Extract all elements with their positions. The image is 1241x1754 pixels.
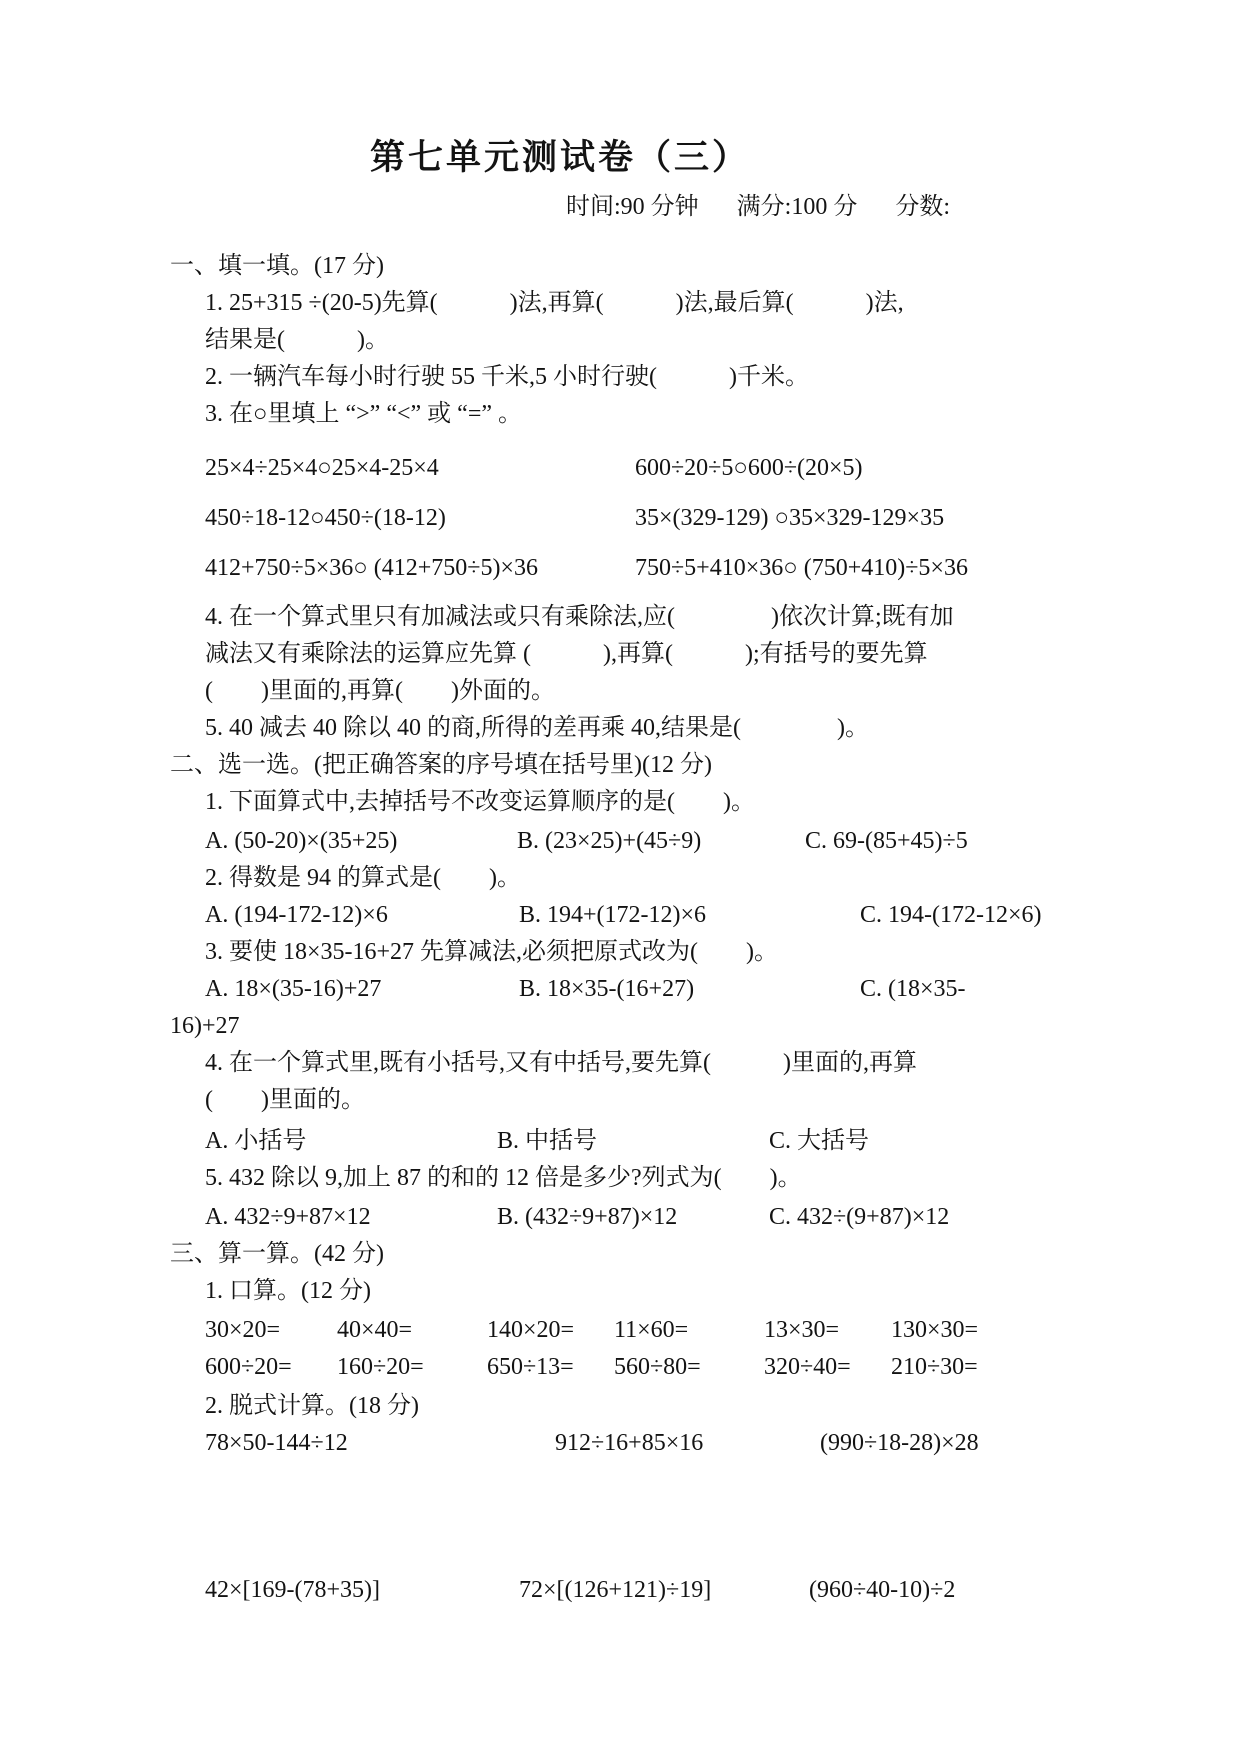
compare-left-expression: 450÷18-12○450÷(18-12) [205, 493, 635, 543]
meta-score-label: 分数: [895, 190, 950, 224]
option-b: B. 18×35-(16+27) [519, 971, 860, 1008]
calc-expression: 72×[(126+121)÷19] [519, 1572, 809, 1609]
s2-q1-options: A. (50-20)×(35+25) B. (23×25)+(45÷9) C. … [205, 823, 960, 860]
stepwise-calc-row: 78×50-144÷12 912÷16+85×16 (990÷18-28)×28 [205, 1425, 960, 1462]
compare-right-expression: 35×(329-129) ○35×329-129×35 [635, 493, 944, 543]
s1-q2: 2. 一辆汽车每小时行驶 55 千米,5 小时行驶( )千米。 [205, 359, 960, 396]
s3-q1: 1. 口算。(12 分) [205, 1273, 960, 1310]
s1-q4-line3: ( )里面的,再算( )外面的。 [205, 673, 960, 710]
oral-expression: 11×60= [614, 1312, 764, 1349]
option-b: B. (432÷9+87)×12 [497, 1199, 769, 1236]
oral-expression: 320÷40= [764, 1349, 891, 1386]
oral-expression: 160÷20= [337, 1349, 487, 1386]
option-a: A. (194-172-12)×6 [205, 897, 519, 934]
s1-q5: 5. 40 减去 40 除以 40 的商,所得的差再乘 40,结果是( )。 [205, 710, 960, 747]
compare-row: 25×4÷25×4○25×4-25×4 600÷20÷5○600÷(20×5) [205, 443, 960, 493]
option-a: A. 432÷9+87×12 [205, 1199, 497, 1236]
test-paper-page: 第七单元测试卷（三） 时间:90 分钟 满分:100 分 分数: 一、填一填。(… [0, 0, 1241, 1754]
oral-expression: 30×20= [205, 1312, 337, 1349]
compare-right-expression: 750÷5+410×36○ (750+410)÷5×36 [635, 543, 968, 593]
calc-expression: (990÷18-28)×28 [820, 1425, 979, 1462]
calc-expression: 78×50-144÷12 [205, 1425, 555, 1462]
s2-q3-option-c-wrap: 16)+27 [170, 1008, 960, 1045]
compare-row: 412+750÷5×36○ (412+750÷5)×36 750÷5+410×3… [205, 543, 960, 593]
s2-q1: 1. 下面算式中,去掉括号不改变运算顺序的是( )。 [205, 784, 960, 821]
option-c: C. 69-(85+45)÷5 [805, 823, 968, 860]
s2-q4-line1: 4. 在一个算式里,既有小括号,又有中括号,要先算( )里面的,再算 [205, 1045, 960, 1082]
paper-meta-row: 时间:90 分钟 满分:100 分 分数: [170, 190, 950, 224]
s2-q4-options: A. 小括号 B. 中括号 C. 大括号 [205, 1123, 960, 1160]
s2-q2-options: A. (194-172-12)×6 B. 194+(172-12)×6 C. 1… [205, 897, 960, 934]
compare-left-expression: 25×4÷25×4○25×4-25×4 [205, 443, 635, 493]
s2-q3: 3. 要使 18×35-16+27 先算减法,必须把原式改为( )。 [205, 934, 960, 971]
oral-expression: 600÷20= [205, 1349, 337, 1386]
compare-right-expression: 600÷20÷5○600÷(20×5) [635, 443, 863, 493]
meta-full-score: 满分:100 分 [737, 190, 858, 224]
page-title: 第七单元测试卷（三） [170, 136, 950, 180]
option-a: A. 小括号 [205, 1123, 497, 1160]
compare-left-expression: 412+750÷5×36○ (412+750÷5)×36 [205, 543, 635, 593]
option-c: C. 194-(172-12×6) [860, 897, 1042, 934]
calc-expression: (960÷40-10)÷2 [809, 1572, 955, 1609]
oral-expression: 650÷13= [487, 1349, 614, 1386]
stepwise-calc-row: 42×[169-(78+35)] 72×[(126+121)÷19] (960÷… [205, 1572, 960, 1609]
s2-q4-line2: ( )里面的。 [205, 1082, 960, 1119]
oral-calc-row: 600÷20= 160÷20= 650÷13= 560÷80= 320÷40= … [205, 1349, 960, 1386]
section1-heading: 一、填一填。(17 分) [170, 248, 960, 285]
s2-q2: 2. 得数是 94 的算式是( )。 [205, 860, 960, 897]
option-b: B. 194+(172-12)×6 [519, 897, 860, 934]
calc-expression: 42×[169-(78+35)] [205, 1572, 519, 1609]
section2-heading: 二、选一选。(把正确答案的序号填在括号里)(12 分) [170, 747, 960, 784]
option-c: C. 大括号 [769, 1123, 869, 1160]
s2-q5-options: A. 432÷9+87×12 B. (432÷9+87)×12 C. 432÷(… [205, 1199, 960, 1236]
paper-content: 第七单元测试卷（三） 时间:90 分钟 满分:100 分 分数: 一、填一填。(… [170, 136, 960, 1609]
oral-expression: 130×30= [891, 1312, 978, 1349]
s2-q3-options: A. 18×(35-16)+27 B. 18×35-(16+27) C. (18… [205, 971, 960, 1008]
option-a: A. (50-20)×(35+25) [205, 823, 517, 860]
s1-q1-line2: 结果是( )。 [205, 322, 960, 359]
oral-expression: 140×20= [487, 1312, 614, 1349]
option-a: A. 18×(35-16)+27 [205, 971, 519, 1008]
s1-q4-line1: 4. 在一个算式里只有加减法或只有乘除法,应( )依次计算;既有加 [205, 599, 960, 636]
oral-expression: 40×40= [337, 1312, 487, 1349]
meta-time: 时间:90 分钟 [566, 190, 699, 224]
s3-q2: 2. 脱式计算。(18 分) [205, 1388, 960, 1425]
compare-row: 450÷18-12○450÷(18-12) 35×(329-129) ○35×3… [205, 493, 960, 543]
option-c: C. (18×35- [860, 971, 966, 1008]
section3-heading: 三、算一算。(42 分) [170, 1236, 960, 1273]
option-b: B. (23×25)+(45÷9) [517, 823, 805, 860]
s2-q5: 5. 432 除以 9,加上 87 的和的 12 倍是多少?列式为( )。 [205, 1160, 960, 1197]
oral-expression: 13×30= [764, 1312, 891, 1349]
option-c: C. 432÷(9+87)×12 [769, 1199, 949, 1236]
option-b: B. 中括号 [497, 1123, 769, 1160]
s1-q1-line1: 1. 25+315 ÷(20-5)先算( )法,再算( )法,最后算( )法, [205, 285, 960, 322]
calc-expression: 912÷16+85×16 [555, 1425, 820, 1462]
oral-expression: 560÷80= [614, 1349, 764, 1386]
oral-expression: 210÷30= [891, 1349, 978, 1386]
s1-q3: 3. 在○里填上 “>” “<” 或 “=” 。 [205, 396, 960, 433]
s1-q4-line2: 减法又有乘除法的运算应先算 ( ),再算( );有括号的要先算 [205, 636, 960, 673]
oral-calc-row: 30×20= 40×40= 140×20= 11×60= 13×30= 130×… [205, 1312, 960, 1349]
